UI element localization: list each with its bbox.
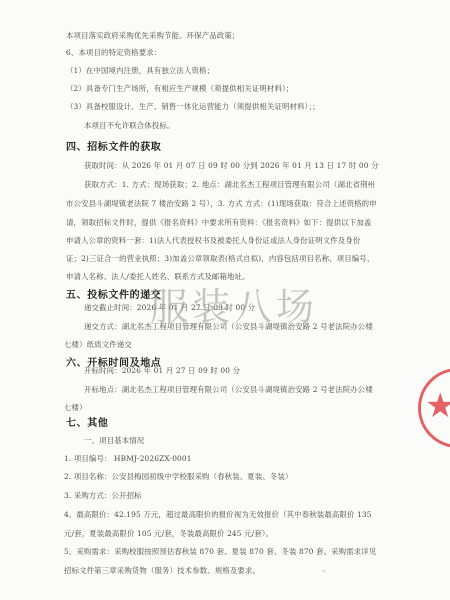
consortium-note: 本项目不允许联合体投标。 (84, 121, 175, 131)
watermark-text: 服装八场 (150, 276, 318, 331)
acquisition-time: 获取时间：从 2026 年 01 月 07 日 09 时 00 分到 2026 … (84, 161, 379, 171)
acquisition-method-line: 市公安县斗湖堤镇老法院 7 楼治安路 2 号），3. 方式 方式：(1)现场获取… (66, 199, 377, 209)
project-number: 1. 项目编号： HBMJ-2026ZX-0001 (64, 454, 192, 464)
price-cap-cont: 元/套，夏装最高限价 105 元/套，冬装最高限价 245 元/套）。 (64, 529, 273, 539)
submission-method-cont: 七楼）纸质文件递交 (64, 340, 132, 350)
procurement-demand: 5、采购需求：采购校服按照预估春秋装 870 套、夏装 870 套、冬装 870… (64, 547, 376, 557)
acquisition-method-line: 请，领取招标文件时，提供《报名资料》中要求所有资料：《报名资料》如下：提供以下加… (66, 218, 371, 228)
scan-mark: ·: (322, 568, 326, 575)
official-seal: ★ (418, 368, 450, 448)
qualification-item-3: （3）具备校服设计、生产、销售一体化运营能力（须提供相关证明材料）；； (66, 102, 320, 112)
procurement-method: 3. 采购方式：公开招标 (64, 491, 142, 501)
star-icon: ★ (425, 389, 450, 423)
project-name: 2. 项目名称：公安县梅园初级中学校服采购（春秋装、夏装、冬装） (64, 472, 293, 482)
qualification-title: 6、本项目的特定资格要求： (66, 48, 161, 58)
qualification-item-2: （2）具备专门生产场所，有相应生产规模（须提供相关证明材料）； (66, 84, 293, 94)
acquisition-method-line: 证；2)三证合一的营业执照；3)加盖公章领取表(格式自拟)，内容包括项目名称、项… (66, 254, 374, 264)
opening-place: 开标地点：湖北名杰工程项目管理有限公司（公安县斗湖堤镇治安路 2 号老法院办公楼 (84, 385, 373, 395)
basic-info-title: 一、项目基本情况 (84, 436, 144, 446)
acquisition-method-line: 获取方式：1. 方式：现场获取；2. 地点：湖北名杰工程项目管理有限公司（湖北省… (84, 180, 375, 190)
acquisition-method-line: 申请人公章的资料一套：1)法人代表授权书及被委托人身份证或法人身份证明文件及身份 (66, 236, 360, 246)
price-cap: 4、最高限价：42.195 万元，超过最高限价的报价视为无效报价（其中春秋装最高… (64, 510, 372, 520)
section-4-heading: 四、招标文件的获取 (66, 138, 161, 153)
opening-time: 开标时间：2026 年 01 月 27 日 09 时 00 分 (84, 366, 240, 376)
procurement-demand-cont: 招标文件第三章采购货物（服务）技术参数、规格及要求。 (64, 566, 260, 576)
policy-line: 本项目落实政府采购优先采购节能、环保产品政策； (66, 31, 239, 41)
section-5-heading: 五、投标文件的递交 (66, 286, 161, 301)
opening-place-cont: 七楼） (64, 403, 87, 413)
document-page: 本项目落实政府采购优先采购节能、环保产品政策； 6、本项目的特定资格要求： （1… (0, 0, 450, 600)
qualification-item-1: （1）在中国境内注册，具有独立法人资格； (66, 66, 214, 76)
section-7-heading: 七、其他 (66, 414, 108, 429)
